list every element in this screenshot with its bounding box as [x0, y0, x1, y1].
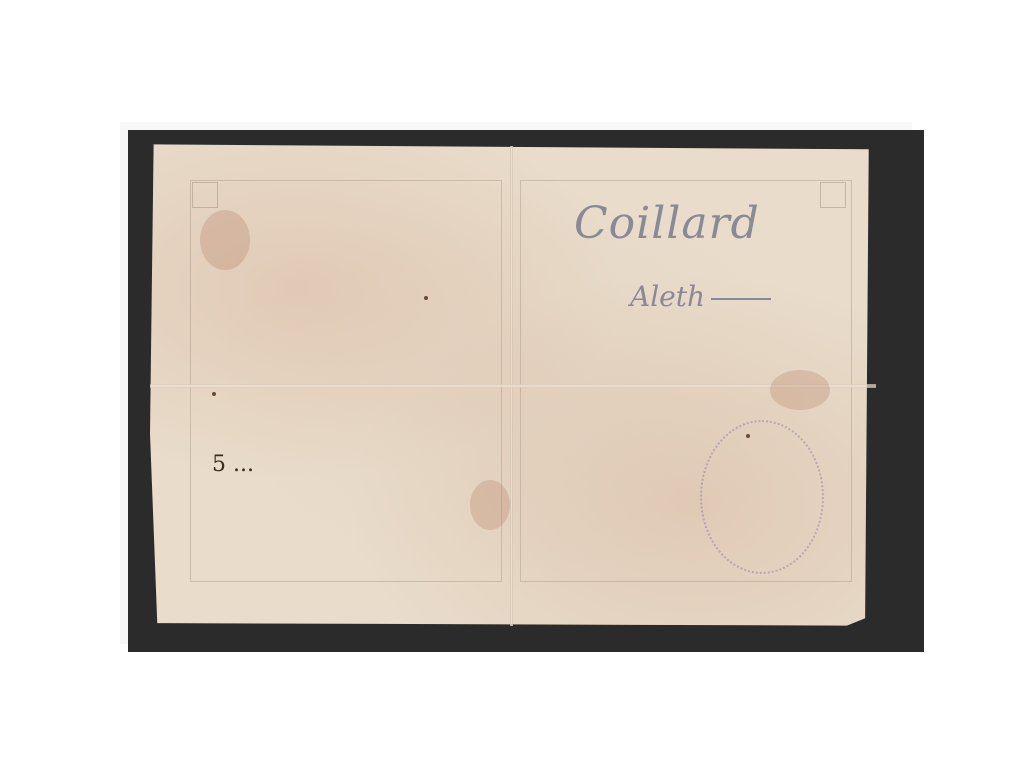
ink-spot — [212, 392, 216, 396]
handwritten-name: Coillard — [574, 198, 760, 249]
ink-spot — [424, 296, 428, 300]
handwritten-subtext: Aleth — [630, 280, 771, 313]
stain — [200, 210, 250, 270]
faded-violet-stamp — [700, 420, 824, 574]
horizontal-fold — [150, 384, 876, 388]
photo-stage: Coillard Aleth 5 ... — [0, 0, 1024, 768]
frame-corner-ornament — [820, 182, 846, 208]
frame-corner-ornament — [192, 182, 218, 208]
stain — [770, 370, 830, 410]
stain — [470, 480, 510, 530]
handwritten-number: 5 ... — [212, 452, 254, 477]
